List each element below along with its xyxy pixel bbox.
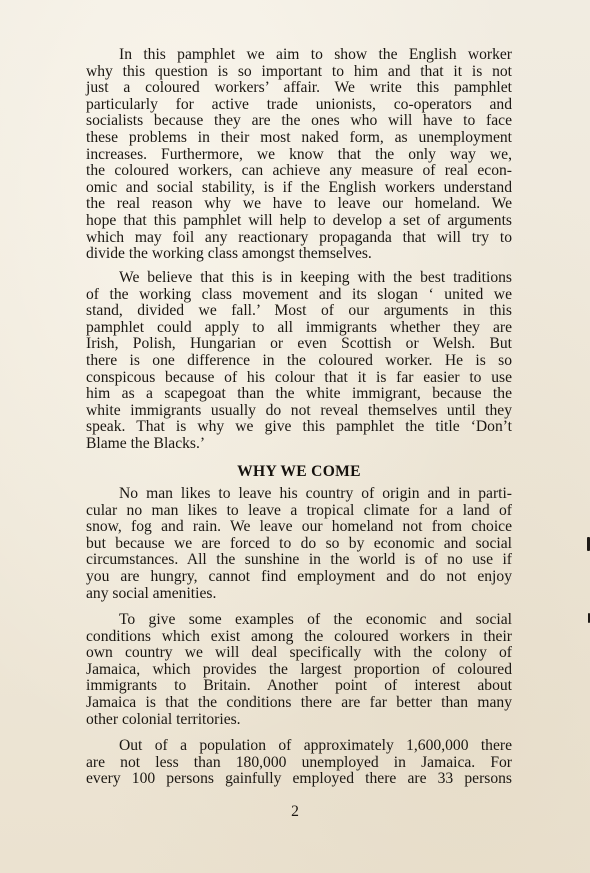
text-line: We believe that this is in keeping with … [86, 270, 512, 287]
paragraph-intro: In this pamphlet we aim to show the Engl… [86, 47, 512, 263]
pamphlet-page: In this pamphlet we aim to show the Engl… [0, 0, 590, 873]
text-line: him as a scapegoat than the white immigr… [86, 386, 512, 403]
text-line: conspicous because of his colour that it… [86, 370, 512, 387]
text-line: increases. Furthermore, we know that the… [86, 147, 512, 164]
text-line: the coloured workers, can achieve any me… [86, 163, 512, 180]
text-line: white immigrants usually do not reveal t… [86, 403, 512, 420]
text-line: these problems in their most naked form,… [86, 130, 512, 147]
text-line: No man likes to leave his country of ori… [86, 486, 512, 503]
text-line: but because we are forced to do so by ec… [86, 536, 512, 553]
text-line: speak. That is why we give this pamphlet… [86, 419, 512, 436]
text-line: Irish, Polish, Hungarian or even Scottis… [86, 336, 512, 353]
text-line: hope that this pamphlet will help to dev… [86, 213, 512, 230]
text-line: why this question is so important to him… [86, 64, 512, 81]
paragraph-traditions: We believe that this is in keeping with … [86, 270, 512, 453]
text-line: In this pamphlet we aim to show the Engl… [86, 47, 512, 64]
text-line: just a coloured workers’ affair. We writ… [86, 80, 512, 97]
text-line: every 100 persons gainfully employed the… [86, 771, 512, 788]
text-line: divide the working class amongst themsel… [86, 246, 512, 263]
text-line: pamphlet could apply to all immigrants w… [86, 320, 512, 337]
text-line: other colonial territories. [86, 712, 512, 729]
text-line: the real reason why we have to leave our… [86, 196, 512, 213]
text-line: cular no man likes to leave a tropical c… [86, 503, 512, 520]
text-line: Blame the Blacks.’ [86, 436, 512, 453]
text-line: of the working class movement and its sl… [86, 287, 512, 304]
text-line: Out of a population of approximately 1,6… [86, 738, 512, 755]
text-line: stand, divided we fall.’ Most of our arg… [86, 303, 512, 320]
paragraph-why-we-come: No man likes to leave his country of ori… [86, 486, 512, 602]
text-line: circumstances. All the sunshine in the w… [86, 552, 512, 569]
text-line: there is one difference in the coloured … [86, 353, 512, 370]
text-line: conditions which exist among the coloure… [86, 629, 512, 646]
text-line: particularly for active trade unionists,… [86, 97, 512, 114]
text-line: you are hungry, cannot find employment a… [86, 569, 512, 586]
text-line: Jamaica, which provides the largest prop… [86, 662, 512, 679]
text-line: socialists because they are the ones who… [86, 113, 512, 130]
text-line: any social amenities. [86, 586, 512, 603]
section-heading: WHY WE COME [86, 463, 512, 481]
page-number: 2 [0, 803, 590, 821]
text-line: which may foil any reactionary propagand… [86, 230, 512, 247]
text-line: omic and social stability, is if the Eng… [86, 180, 512, 197]
text-line: To give some examples of the economic an… [86, 612, 512, 629]
text-line: are not less than 180,000 unemployed in … [86, 755, 512, 772]
paragraph-population: Out of a population of approximately 1,6… [86, 738, 512, 788]
text-line: Jamaica is that the conditions there are… [86, 695, 512, 712]
text-line: immigrants to Britain. Another point of … [86, 678, 512, 695]
paragraph-jamaica-examples: To give some examples of the economic an… [86, 612, 512, 728]
text-line: snow, fog and rain. We leave our homelan… [86, 519, 512, 536]
text-line: own country we will deal specifically wi… [86, 645, 512, 662]
